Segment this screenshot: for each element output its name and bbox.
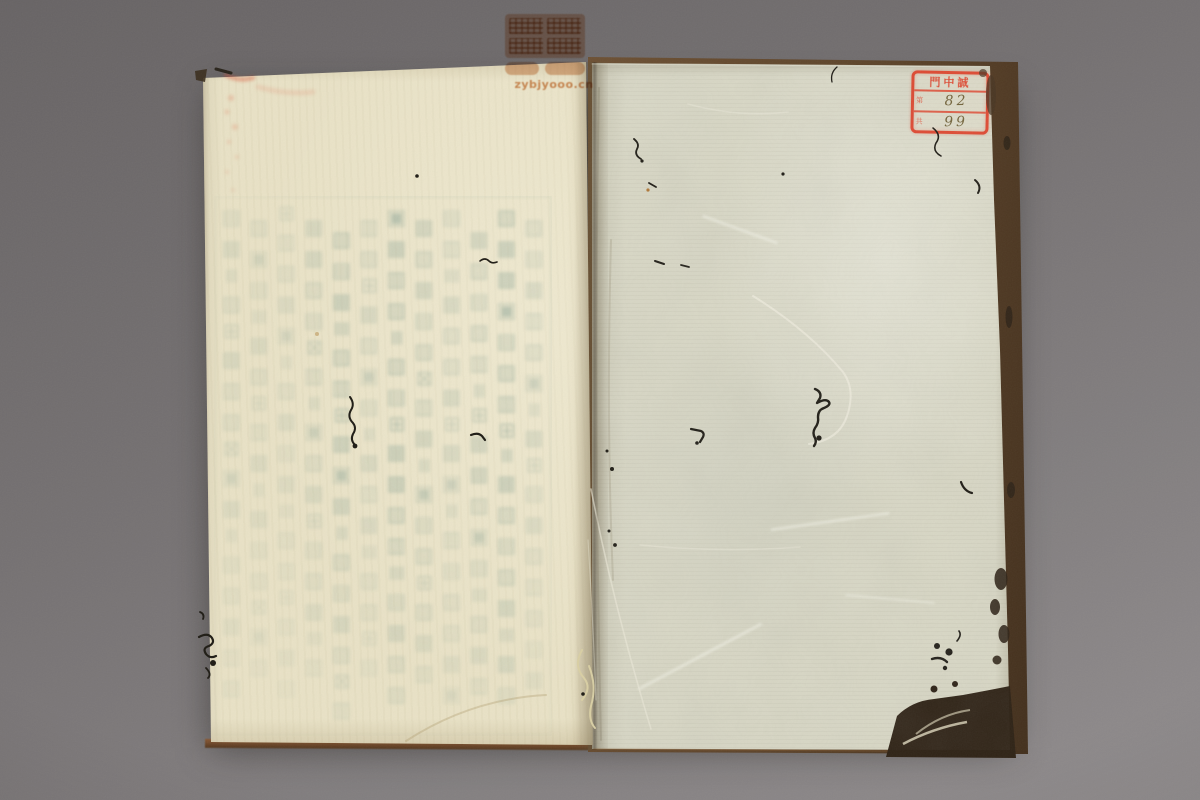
- watermark-seal-glyph: [547, 38, 581, 54]
- site-watermark: zybjyooo.cn: [498, 14, 610, 91]
- watermark-seal-glyph: [509, 18, 543, 34]
- watermark-block: [545, 62, 585, 75]
- stamp-seal-characters: 門中誠: [914, 73, 986, 93]
- watermark-seal: [505, 14, 585, 58]
- watermark-seal-glyph: [509, 38, 543, 54]
- bleedthrough-text-block: ▤▦≡▧⊞▩▥▨⊠▣▦≡▤▧▦▥▨ ▧▣▤≣▦▨⊞▥▩≡▦▤▧⊠▣▨ ⊞▥▨▦▣…: [214, 196, 552, 736]
- stamp-row-label: 第: [914, 95, 927, 105]
- bleedthrough-column: ▨▦▩▣▤▧▥⊞≡▦▨▤▧▦≣▩▤: [496, 205, 517, 727]
- watermark-block: [505, 62, 539, 75]
- bleedthrough-column: ▧▤▦▥▨▣≡▩⊞▤▦▧▥▨▤▦: [524, 205, 545, 727]
- bleedthrough-column: ⊞▥▨▦▣≡▧▩▤▦≣▨▥⊞▧▦▤: [276, 205, 297, 727]
- watermark-url-text: zybjyooo.cn: [498, 78, 610, 91]
- stamp-handwritten-number: 82: [927, 93, 986, 110]
- watermark-seal-glyph: [547, 18, 581, 34]
- watermark-subtitle-blocks: [505, 62, 585, 75]
- bleedthrough-column: ▧▣▤≣▦▨⊞▥▩≡▦▤▧⊠▣▨: [249, 205, 270, 727]
- right-page: [592, 62, 1012, 752]
- library-stamp: 門中誠 第 82 共 99: [910, 70, 989, 135]
- photo-of-antique-book: ▤▦≡▧⊞▩▥▨⊠▣▦≡▤▧▦▥▨ ▧▣▤≣▦▨⊞▥▩≡▦▤▧⊠▣▨ ⊞▥▨▦▣…: [0, 0, 1200, 800]
- bleedthrough-column: ▦▩▧▤⊠▥≡▣▨▦⊞▤▧▩≣▥: [304, 205, 325, 727]
- bleedthrough-column: ▦▧▤▨▥≡⊞▦▩▧▣▤≣▨▦▥: [469, 205, 490, 727]
- bleedthrough-column: ▤▦≡▧⊞▩▥▨⊠▣▦≡▤▧▦▥▨: [221, 205, 242, 727]
- bleedthrough-column: ▥▧⊞▦▨▣▤≡▩▥▦≣▧▨⊞▤: [359, 205, 380, 727]
- stamp-row-label: 共: [914, 116, 927, 126]
- bleedthrough-column: ▨▤▦≣▧▥⊞▩▣▦≡▨▤▦▧⊠▥: [331, 205, 352, 727]
- stamp-row: 共 99: [913, 110, 985, 132]
- bleedthrough-column: ▩▨▦▤▧⊠▥▦≡▣▤▨⊞▧▦▥: [414, 205, 435, 727]
- stamp-row: 第 82: [914, 91, 986, 111]
- gutter-shadow: [574, 62, 608, 750]
- bleedthrough-column: ▣▦▥▧≡▨▤⊞▦▩▧▥≣▤▦▨▧: [386, 205, 407, 727]
- left-page: ▤▦≡▧⊞▩▥▨⊠▣▦≡▤▧▦▥▨ ▧▣▤≣▦▨⊞▥▩≡▦▤▧⊠▣▨ ⊞▥▨▦▣…: [202, 61, 594, 746]
- stamp-handwritten-number: 99: [926, 113, 985, 130]
- bleedthrough-column: ▤▥≣▦▧▨▩⊞▦▣≡▥▤▧▨▦▣: [441, 205, 462, 727]
